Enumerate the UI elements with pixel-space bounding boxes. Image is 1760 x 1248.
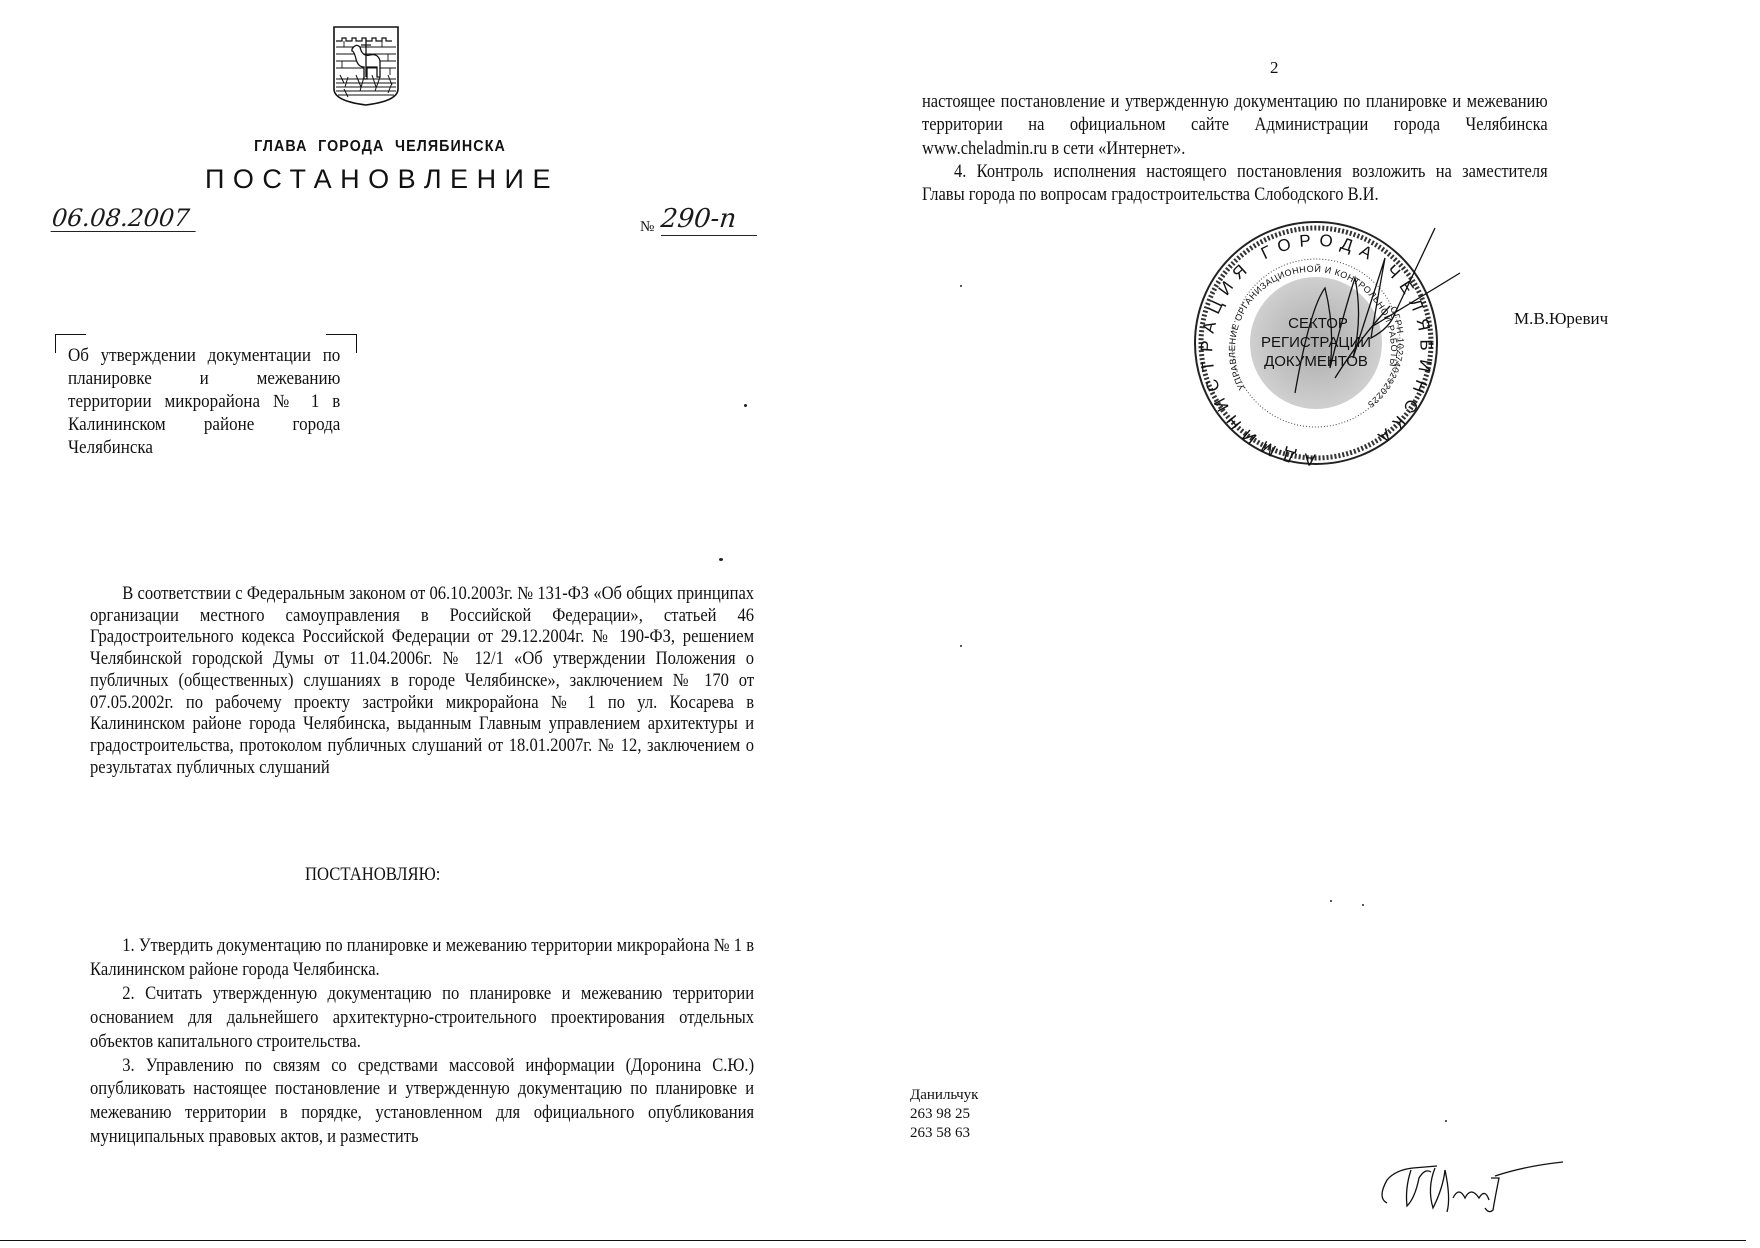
preamble: В соответствии с Федеральным законом от … [90, 584, 754, 779]
scan-speck [719, 558, 723, 561]
executor-phone-2: 263 58 63 [910, 1124, 978, 1143]
scan-speck [744, 404, 747, 407]
scan-speck [960, 645, 962, 647]
scan-speck [1362, 904, 1364, 906]
document-type-heading: ПОСТАНОВЛЕНИЕ [196, 164, 568, 195]
number-underline [661, 235, 757, 236]
page-bottom-rule [0, 1240, 1746, 1241]
continuation-text: настоящее постановление и утвержденную д… [922, 91, 1548, 207]
approval-signature-icon [1375, 1158, 1575, 1218]
item-3-continuation: настоящее постановление и утвержденную д… [922, 91, 1548, 161]
scan-speck [1330, 900, 1332, 902]
resolution-item-1: 1. Утвердить документацию по планировке … [90, 935, 754, 983]
page-number: 2 [1270, 58, 1279, 78]
document-date: 06.08.2007 [51, 205, 199, 232]
executor-phone-1: 263 98 25 [910, 1105, 978, 1124]
number-sign: № [640, 219, 654, 236]
document-subject: Об утверждении документации по планировк… [68, 345, 340, 460]
signer-name: М.В.Юревич [1514, 309, 1608, 329]
stamp-center-line-1: СЕКТОР [1288, 315, 1348, 332]
resolution-item-3: 3. Управлению по связям со средствами ма… [90, 1055, 754, 1151]
resolution-items: 1. Утвердить документацию по планировке … [90, 935, 754, 1150]
official-stamp-icon: АДМИНИСТРАЦИЯ ГОРОДА ЧЕЛЯБИНСКА УПРАВЛЕН… [1185, 218, 1485, 478]
issuer-title: ГЛАВА ГОРОДА ЧЕЛЯБИНСКА [248, 138, 513, 156]
preamble-text: В соответствии с Федеральным законом от … [90, 584, 754, 779]
stamp-center-line-3: ДОКУМЕНТОВ [1264, 353, 1368, 370]
document-number: 290-п [660, 205, 781, 233]
resolution-item-4: 4. Контроль исполнения настоящего постан… [922, 161, 1548, 208]
coat-of-arms-icon [332, 25, 400, 107]
executor-block: Данильчук 263 98 25 263 58 63 [910, 1086, 978, 1143]
scan-speck [960, 285, 962, 287]
resolve-heading: ПОСТАНОВЛЯЮ: [305, 865, 440, 886]
scan-speck [1445, 1120, 1447, 1122]
resolution-item-2: 2. Считать утвержденную документацию по … [90, 983, 754, 1055]
executor-name: Данильчук [910, 1086, 978, 1105]
